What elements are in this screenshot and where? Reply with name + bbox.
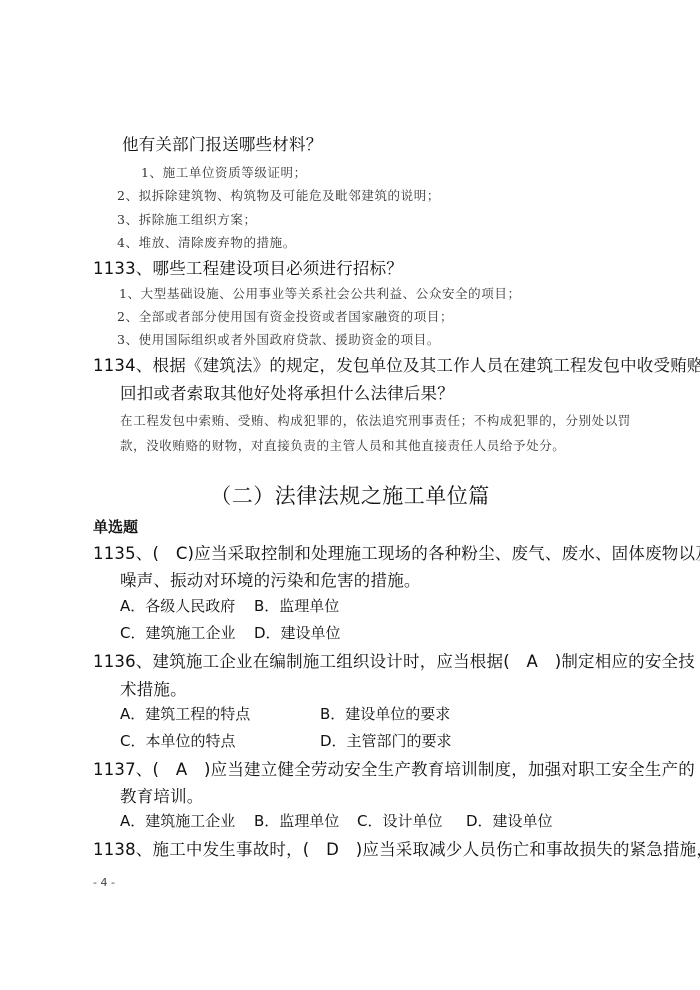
answer-item: 2、全部或者部分使用国有资金投资或者国家融资的项目；: [117, 307, 453, 325]
question-1137-line1: 1137、( A )应当建立健全劳动安全生产教育培训制度，加强对职工安全生产的: [93, 756, 695, 780]
option-d: D．主管部门的要求: [320, 730, 452, 751]
answer-1134-line2: 款，没收贿赂的财物，对直接负责的主管人员和其他直接责任人员给予处分。: [120, 436, 565, 454]
answer-item: 1、施工单位资质等级证明；: [141, 163, 307, 181]
question-1135-line1: 1135、( C)应当采取控制和处理施工现场的各种粉尘、废气、废水、固体废物以及: [93, 540, 700, 564]
option-a: A．建筑施工企业: [120, 810, 235, 831]
question-1133: 1133、哪些工程建设项目必须进行招标？: [93, 255, 403, 279]
question-1138-line1: 1138、施工中发生事故时，( D )应当采取减少人员伤亡和事故损失的紧急措施，: [93, 836, 700, 860]
question-1135-line2: 噪声、振动对环境的污染和危害的措施。: [120, 567, 421, 591]
option-d: D．建设单位: [466, 810, 553, 831]
question-continuation-text: 他有关部门报送哪些材料？: [122, 131, 322, 155]
page-number: - 4 -: [93, 876, 115, 889]
answer-item: 1、大型基础设施、公用事业等关系社会公共利益、公众安全的项目；: [119, 284, 521, 302]
option-b: B．建设单位的要求: [320, 703, 450, 724]
option-b: B．监理单位: [254, 810, 339, 831]
question-1136-line2: 术措施。: [120, 676, 187, 700]
option-c: C．建筑施工企业: [120, 622, 235, 643]
option-b: B．监理单位: [254, 595, 339, 616]
option-a: A．建筑工程的特点: [120, 703, 250, 724]
answer-item: 3、使用国际组织或者外国政府贷款、援助资金的项目。: [117, 330, 440, 348]
question-1134-line2: 回扣或者索取其他好处将承担什么法律后果？: [120, 380, 454, 404]
question-1134-line1: 1134、根据《建筑法》的规定，发包单位及其工作人员在建筑工程发包中收受贿赂、: [93, 352, 700, 376]
question-1136-line1: 1136、建筑施工企业在编制施工组织设计时，应当根据( A )制定相应的安全技: [93, 648, 695, 672]
section-title: （二）法律法规之施工单位篇: [0, 480, 700, 510]
answer-item: 4、堆放、清除废弃物的措施。: [117, 233, 296, 251]
option-c: C．设计单位: [357, 810, 442, 831]
option-d: D．建设单位: [254, 622, 341, 643]
section-subhead: 单选题: [93, 516, 138, 537]
document-page: 他有关部门报送哪些材料？ 1、施工单位资质等级证明； 2、拟拆除建筑物、构筑物及…: [0, 0, 700, 990]
answer-1134-line1: 在工程发包中索贿、受贿、构成犯罪的，依法追究刑事责任；不构成犯罪的，分别处以罚: [120, 411, 631, 429]
answer-item: 2、拟拆除建筑物、构筑物及可能危及毗邻建筑的说明；: [117, 186, 440, 204]
option-a: A．各级人民政府: [120, 595, 235, 616]
question-1137-line2: 教育培训。: [120, 783, 204, 807]
answer-item: 3、拆除施工组织方案；: [117, 210, 257, 228]
option-c: C．本单位的特点: [120, 730, 235, 751]
